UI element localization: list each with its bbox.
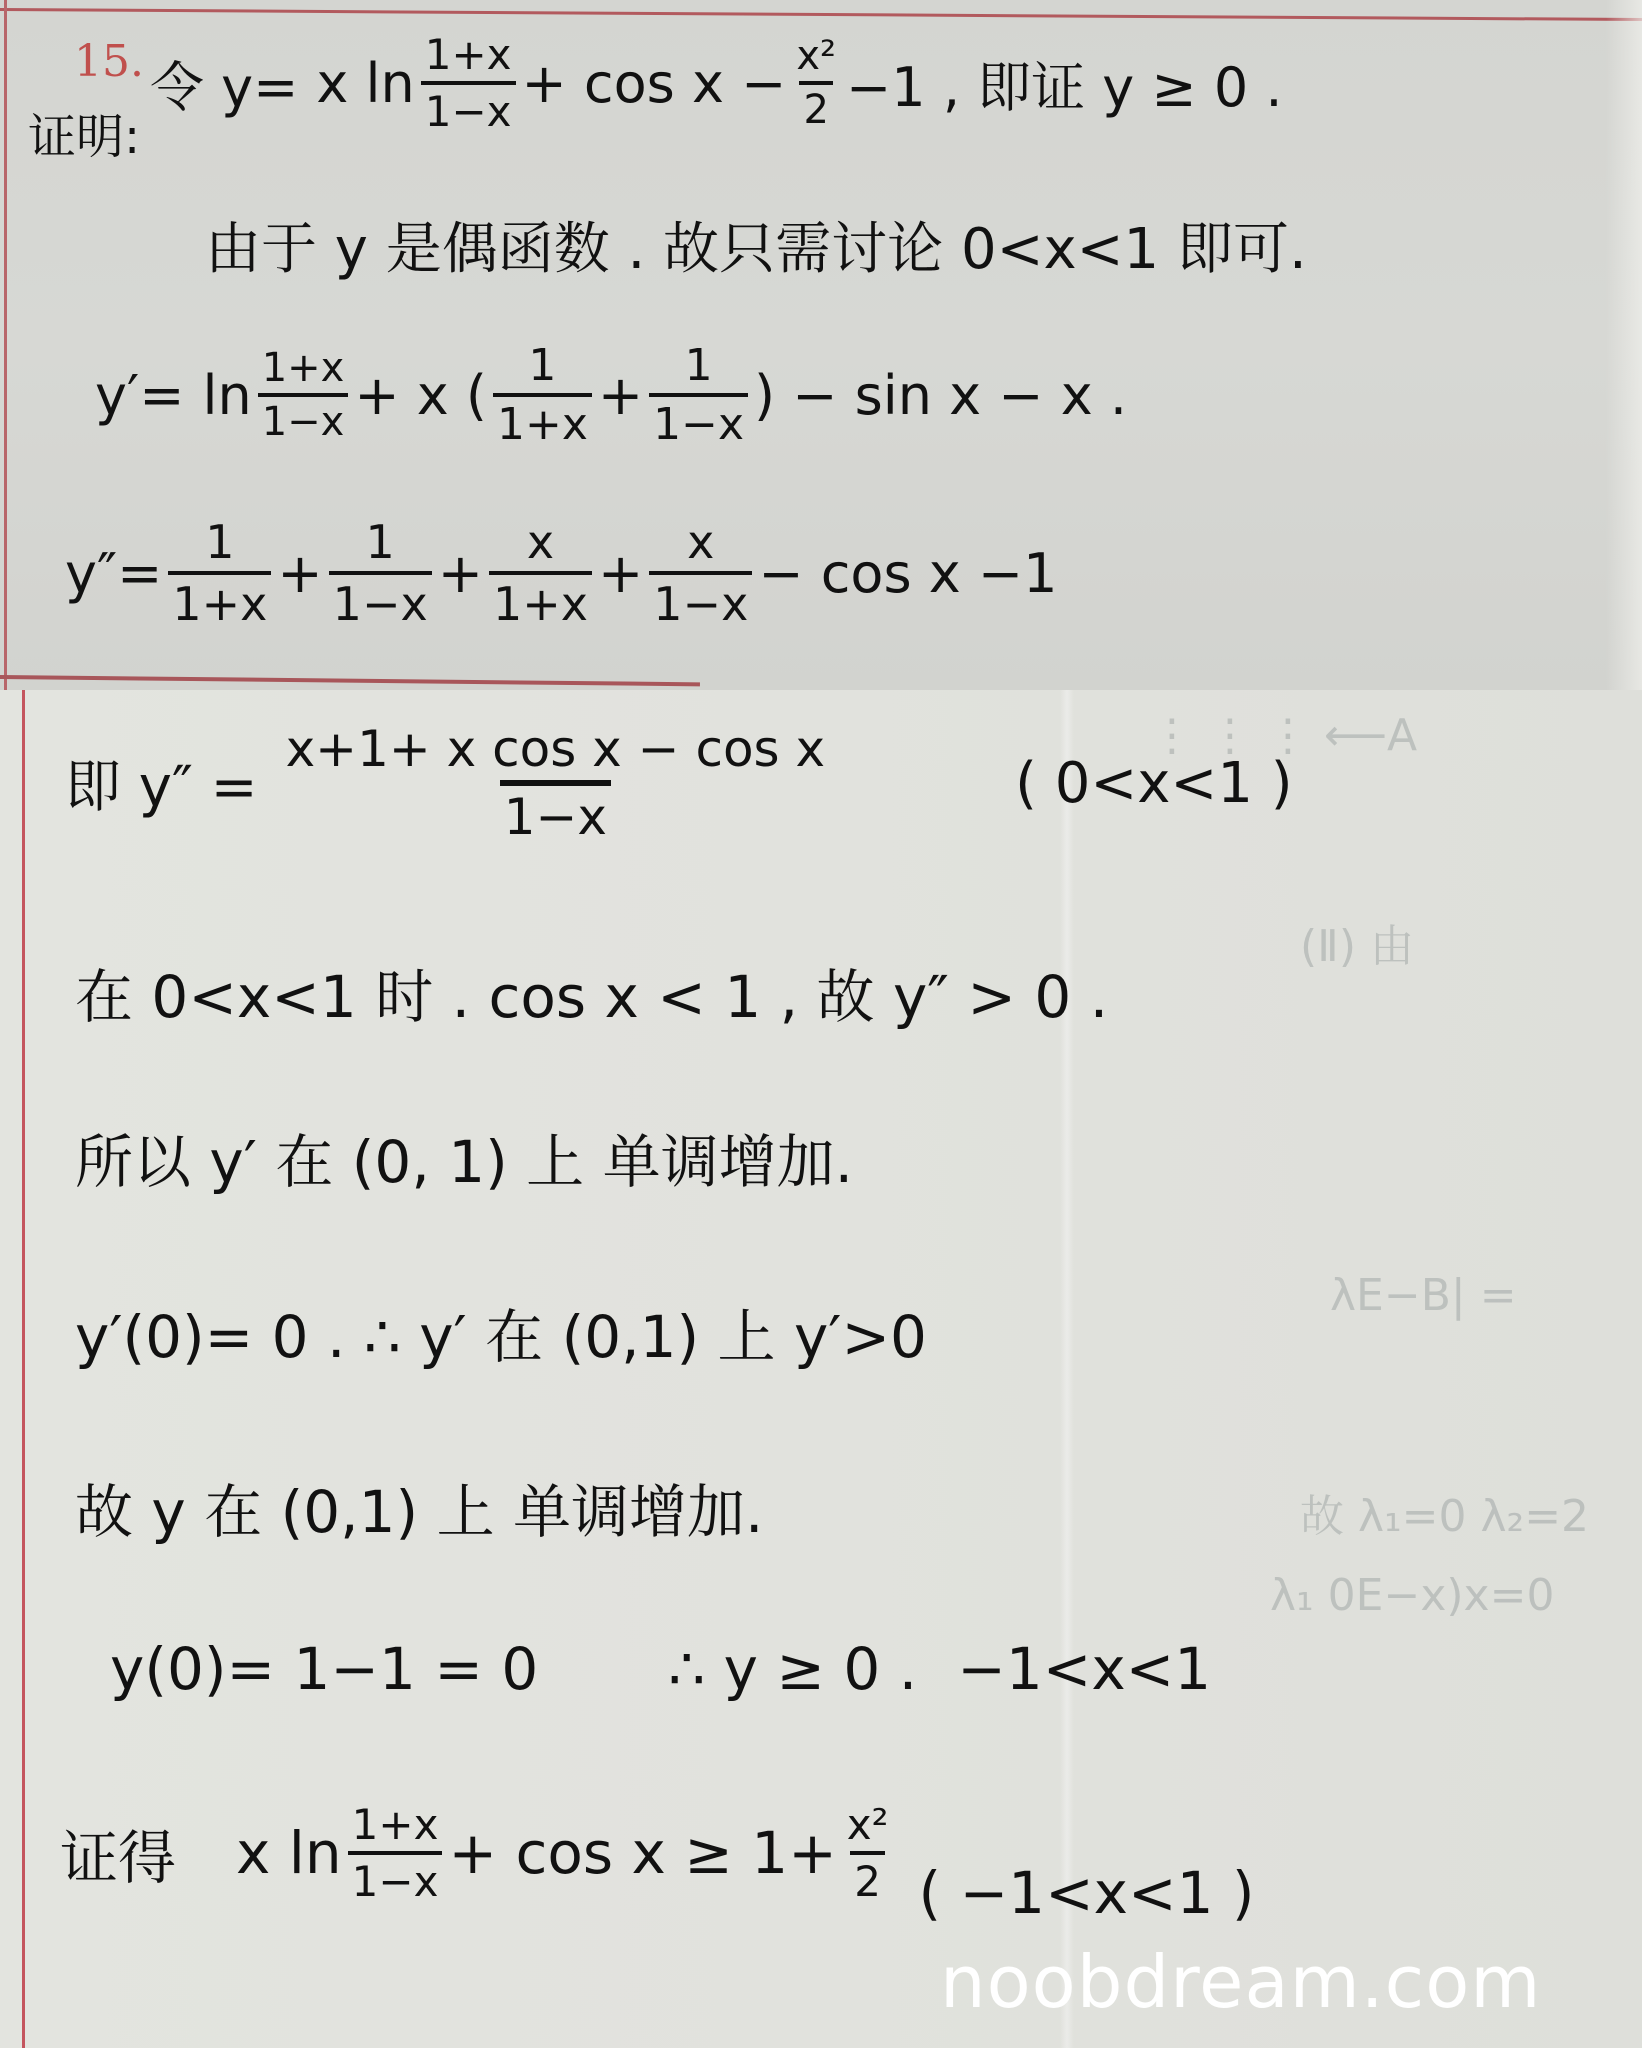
- fraction: x 1−x: [649, 515, 752, 631]
- line-text: +: [277, 542, 322, 605]
- margin-rule-bottom: [0, 675, 700, 686]
- bleed-through-marks: λ₁ 0E−x)x=0: [1270, 1570, 1554, 1621]
- line-second-derivative: y″= 1 1+x + 1 1−x + x 1+x + x 1−x − cos …: [65, 515, 1057, 631]
- line-simplified-second-derivative: 即 y″ = x+1+ x cos x − cos x 1−x ( 0<x<1 …: [65, 720, 1293, 846]
- line-text: y″=: [65, 542, 162, 605]
- denominator: 1−x: [348, 1851, 443, 1906]
- bleed-through-marks: λE−B| =: [1330, 1270, 1517, 1321]
- line-text: +: [598, 364, 643, 427]
- line-text: −1 , 即证 y ≥ 0 .: [846, 45, 1282, 122]
- fraction: x² 2: [843, 1800, 893, 1906]
- numerator: 1+x: [348, 1800, 443, 1851]
- numerator: x: [523, 515, 558, 571]
- line-text: ) − sin x − x .: [754, 364, 1127, 427]
- fraction: 1 1−x: [329, 515, 432, 631]
- line-text: +: [598, 542, 643, 605]
- bleed-through-marks: 故 λ₁=0 λ₂=2: [1300, 1480, 1589, 1544]
- proof-label: 证明:: [28, 98, 140, 167]
- line-final-result: 证得 x ln 1+x 1−x + cos x ≥ 1+ x² 2 ( −1<x…: [60, 1800, 1255, 1906]
- watermark: noobdream.com: [940, 1940, 1541, 2024]
- line-text: 证得: [60, 1811, 176, 1895]
- fraction: x+1+ x cos x − cos x 1−x: [282, 720, 829, 846]
- fraction: 1+x 1−x: [258, 345, 349, 445]
- denominator: 1+x: [489, 571, 592, 631]
- domain-condition: ( −1<x<1 ): [919, 1859, 1255, 1927]
- line-text: 即 y″ =: [65, 743, 258, 823]
- fraction: 1 1−x: [649, 340, 748, 450]
- fraction: x² 2: [792, 33, 840, 133]
- photo-bottom-page: ⋮ ⋮ ⋮ ⟵A (Ⅱ) 由 λE−B| = 故 λ₁=0 λ₂=2 λ₁ 0E…: [0, 690, 1642, 2048]
- line-text: 由于 y 是偶函数 . 故只需讨论 0<x<1 即可.: [205, 205, 1307, 285]
- denominator: 2: [799, 81, 832, 133]
- numerator: 1+x: [421, 30, 516, 81]
- fraction: 1+x 1−x: [421, 30, 516, 136]
- line-first-derivative: y′= ln 1+x 1−x + x ( 1 1+x + 1 1−x ) − s…: [95, 340, 1127, 450]
- problem-number: 15.: [74, 36, 144, 87]
- denominator: 1−x: [649, 393, 748, 450]
- line-text: x ln: [316, 52, 414, 115]
- line-text: + cos x ≥ 1+: [448, 1819, 836, 1887]
- page-edge: [1606, 0, 1642, 690]
- line-text: ln: [202, 364, 251, 427]
- line-text: y(0)= 1−1 = 0: [110, 1635, 538, 1703]
- fraction: 1 1+x: [493, 340, 592, 450]
- line-first-derivative-increasing: 所以 y′ 在 (0, 1) 上 单调增加.: [75, 1115, 853, 1199]
- numerator: 1: [201, 515, 238, 571]
- conclusion-text: ∴ y ≥ 0 .: [668, 1635, 917, 1703]
- numerator: x²: [792, 33, 840, 81]
- line-text: + x (: [354, 364, 487, 427]
- photo-top-page: 15. 证明: 令 y= x ln 1+x 1−x + cos x − x² 2…: [0, 0, 1642, 690]
- numerator: 1+x: [258, 345, 349, 393]
- line-first-derivative-positive: y′(0)= 0 . ∴ y′ 在 (0,1) 上 y′>0: [75, 1290, 927, 1374]
- denominator: 1−x: [258, 393, 349, 445]
- numerator: 1: [362, 515, 399, 571]
- numerator: 1: [524, 340, 560, 393]
- line-text: 故 y 在 (0,1) 上 单调增加.: [75, 1465, 763, 1549]
- fraction: 1 1+x: [168, 515, 271, 631]
- numerator: 1: [681, 340, 717, 393]
- denominator: 2: [850, 1851, 885, 1906]
- range-text: −1<x<1: [957, 1635, 1211, 1703]
- margin-rule-left: [22, 690, 25, 2048]
- denominator: 1−x: [500, 780, 611, 846]
- denominator: 1−x: [421, 81, 516, 136]
- line-text: 所以 y′ 在 (0, 1) 上 单调增加.: [75, 1115, 853, 1199]
- margin-rule-top: [0, 8, 1642, 21]
- numerator: x: [683, 515, 718, 571]
- line-text: y′(0)= 0 . ∴ y′ 在 (0,1) 上 y′>0: [75, 1290, 927, 1374]
- fraction: x 1+x: [489, 515, 592, 631]
- line-initial-value: y(0)= 1−1 = 0 ∴ y ≥ 0 . −1<x<1: [110, 1635, 1211, 1703]
- domain-condition: ( 0<x<1 ): [1015, 751, 1293, 816]
- line-text: − cos x −1: [758, 542, 1057, 605]
- line-text: +: [438, 542, 483, 605]
- line-text: + cos x −: [522, 52, 787, 115]
- numerator: x²: [843, 1800, 893, 1851]
- bleed-through-marks: (Ⅱ) 由: [1300, 910, 1414, 974]
- line-definition: 令 y= x ln 1+x 1−x + cos x − x² 2 −1 , 即证…: [150, 30, 1283, 136]
- line-positive-second-derivative: 在 0<x<1 时 . cos x < 1 , 故 y″ > 0 .: [75, 950, 1108, 1034]
- denominator: 1+x: [493, 393, 592, 450]
- denominator: 1−x: [329, 571, 432, 631]
- denominator: 1−x: [649, 571, 752, 631]
- fraction: 1+x 1−x: [348, 1800, 443, 1906]
- line-text: x ln: [236, 1819, 342, 1887]
- line-even-function: 由于 y 是偶函数 . 故只需讨论 0<x<1 即可.: [205, 205, 1307, 285]
- line-text: y′=: [95, 364, 184, 427]
- margin-rule-left: [4, 0, 7, 690]
- line-text: 令 y=: [150, 45, 298, 122]
- line-function-increasing: 故 y 在 (0,1) 上 单调增加.: [75, 1465, 763, 1549]
- numerator: x+1+ x cos x − cos x: [282, 720, 829, 780]
- denominator: 1+x: [168, 571, 271, 631]
- line-text: 在 0<x<1 时 . cos x < 1 , 故 y″ > 0 .: [75, 950, 1108, 1034]
